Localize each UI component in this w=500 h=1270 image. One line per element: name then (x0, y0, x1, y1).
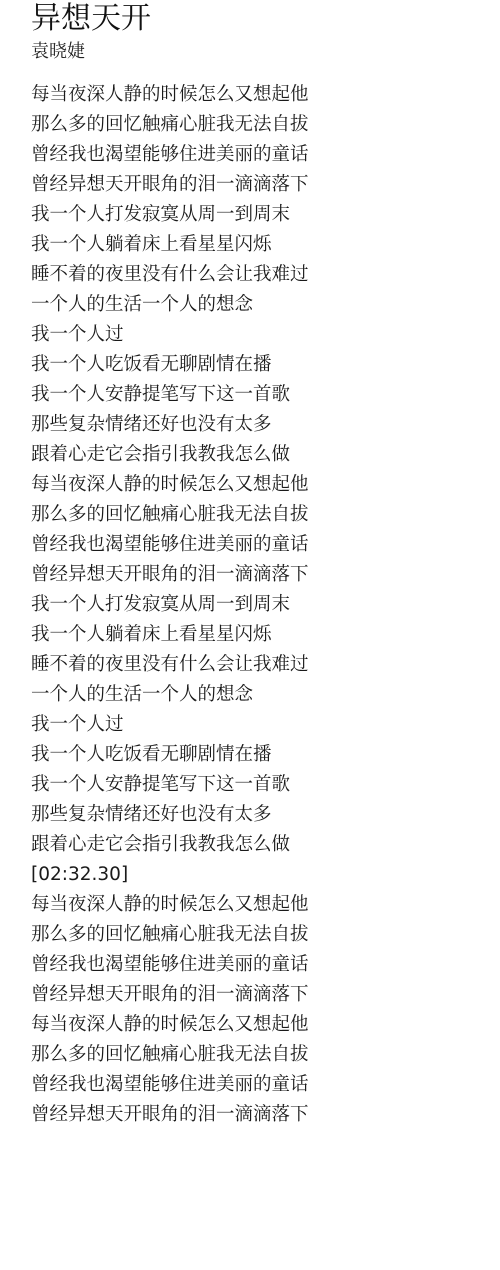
lyric-line: 我一个人安静提笔写下这一首歌 (31, 770, 500, 800)
lyric-line: 曾经异想天开眼角的泪一滴滴落下 (31, 980, 500, 1010)
lyric-line: 那么多的回忆触痛心脏我无法自拔 (31, 1040, 500, 1070)
lyric-line: 每当夜深人静的时候怎么又想起他 (31, 890, 500, 920)
lyric-line: 我一个人躺着床上看星星闪烁 (31, 230, 500, 260)
lyric-line: 那么多的回忆触痛心脏我无法自拔 (31, 500, 500, 530)
lyrics-list: 每当夜深人静的时候怎么又想起他那么多的回忆触痛心脏我无法自拔曾经我也渴望能够住进… (31, 80, 500, 1130)
lyric-line: 我一个人打发寂寞从周一到周末 (31, 590, 500, 620)
lyric-line: 曾经异想天开眼角的泪一滴滴落下 (31, 170, 500, 200)
lyric-line: 我一个人过 (31, 710, 500, 740)
lyric-line: 那么多的回忆触痛心脏我无法自拔 (31, 920, 500, 950)
lyric-line: 那么多的回忆触痛心脏我无法自拔 (31, 110, 500, 140)
lyric-line: 一个人的生活一个人的想念 (31, 680, 500, 710)
lyrics-page: 异想天开 袁晓婕 每当夜深人静的时候怎么又想起他那么多的回忆触痛心脏我无法自拔曾… (0, 0, 500, 1130)
lyric-line: 我一个人过 (31, 320, 500, 350)
lyric-line: 一个人的生活一个人的想念 (31, 290, 500, 320)
song-title: 异想天开 (31, 0, 500, 38)
lyric-line: 跟着心走它会指引我教我怎么做 (31, 440, 500, 470)
lyric-line: 曾经我也渴望能够住进美丽的童话 (31, 1070, 500, 1100)
lyric-line: 每当夜深人静的时候怎么又想起他 (31, 80, 500, 110)
lyric-line: 曾经异想天开眼角的泪一滴滴落下 (31, 1100, 500, 1130)
lyric-line: 我一个人打发寂寞从周一到周末 (31, 200, 500, 230)
artist-name: 袁晓婕 (31, 38, 500, 66)
lyric-line: 我一个人安静提笔写下这一首歌 (31, 380, 500, 410)
lyric-line: 曾经我也渴望能够住进美丽的童话 (31, 140, 500, 170)
lyric-line: 睡不着的夜里没有什么会让我难过 (31, 650, 500, 680)
lyric-line: 睡不着的夜里没有什么会让我难过 (31, 260, 500, 290)
lyric-line: 曾经异想天开眼角的泪一滴滴落下 (31, 560, 500, 590)
lyric-line: 每当夜深人静的时候怎么又想起他 (31, 1010, 500, 1040)
lyric-line: 我一个人吃饭看无聊剧情在播 (31, 350, 500, 380)
lyric-line: 那些复杂情绪还好也没有太多 (31, 410, 500, 440)
lyric-line: 曾经我也渴望能够住进美丽的童话 (31, 530, 500, 560)
lyric-line: 跟着心走它会指引我教我怎么做 (31, 830, 500, 860)
lyric-line: [02:32.30] (31, 860, 500, 890)
lyric-line: 我一个人吃饭看无聊剧情在播 (31, 740, 500, 770)
lyric-line: 那些复杂情绪还好也没有太多 (31, 800, 500, 830)
lyric-line: 我一个人躺着床上看星星闪烁 (31, 620, 500, 650)
lyric-line: 曾经我也渴望能够住进美丽的童话 (31, 950, 500, 980)
lyric-line: 每当夜深人静的时候怎么又想起他 (31, 470, 500, 500)
